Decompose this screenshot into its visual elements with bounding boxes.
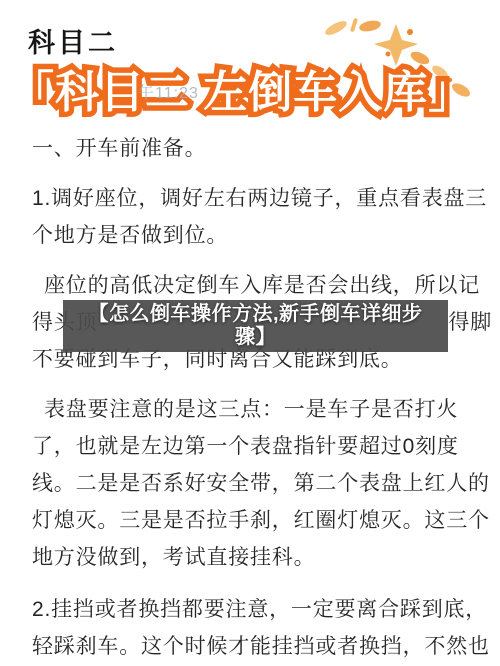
timestamp-watermark: 午11:23: [138, 80, 199, 103]
paragraph-line: 线。二是是否系好安全带，第二个表盘上红人的: [32, 465, 468, 502]
section-heading: 一、开车前准备。: [32, 130, 468, 167]
paragraph-line: 1.调好座位，调好左右两边镜子，重点看表盘三: [32, 180, 468, 217]
paragraph-line: 个地方是否做到位。: [32, 217, 468, 254]
watermark-overlay-text: 【怎么倒车操作方法,新手倒车详细步骤】: [74, 303, 437, 349]
paragraph-line: 轻踩刹车。这个时候才能挂挡或者换挡，不然也: [32, 628, 468, 665]
watermark-overlay: 【怎么倒车操作方法,新手倒车详细步骤】: [63, 300, 448, 352]
page-title: 科目二: [28, 21, 118, 60]
paragraph-line: 表盘要注意的是这三点：一是车子是否打火: [32, 391, 468, 428]
article-page: 科目二 午11:23 「科目二 左倒车入库」 一、开车前准备。 1.调好座位，调…: [0, 0, 500, 666]
paragraph-line: 灯熄灭。三是是否拉手刹，红圈灯熄灭。这三个: [32, 502, 468, 539]
article-content: 一、开车前准备。 1.调好座位，调好左右两边镜子，重点看表盘三 个地方是否做到位…: [0, 130, 500, 665]
covered-line-right: 得脚: [448, 304, 492, 341]
paragraph-line: 2.挂挡或者换挡都要注意，一定要离合踩到底，: [32, 591, 468, 628]
paragraph-line: 了，也就是左边第一个表盘指针要超过0刻度: [32, 428, 468, 465]
main-headline: 「科目二 左倒车入库」: [10, 56, 473, 120]
paragraph-line: 座位的高低决定倒车入库是否会出线，所以记: [32, 267, 468, 304]
paragraph-line: 地方没做到，考试直接挂科。: [32, 539, 468, 576]
